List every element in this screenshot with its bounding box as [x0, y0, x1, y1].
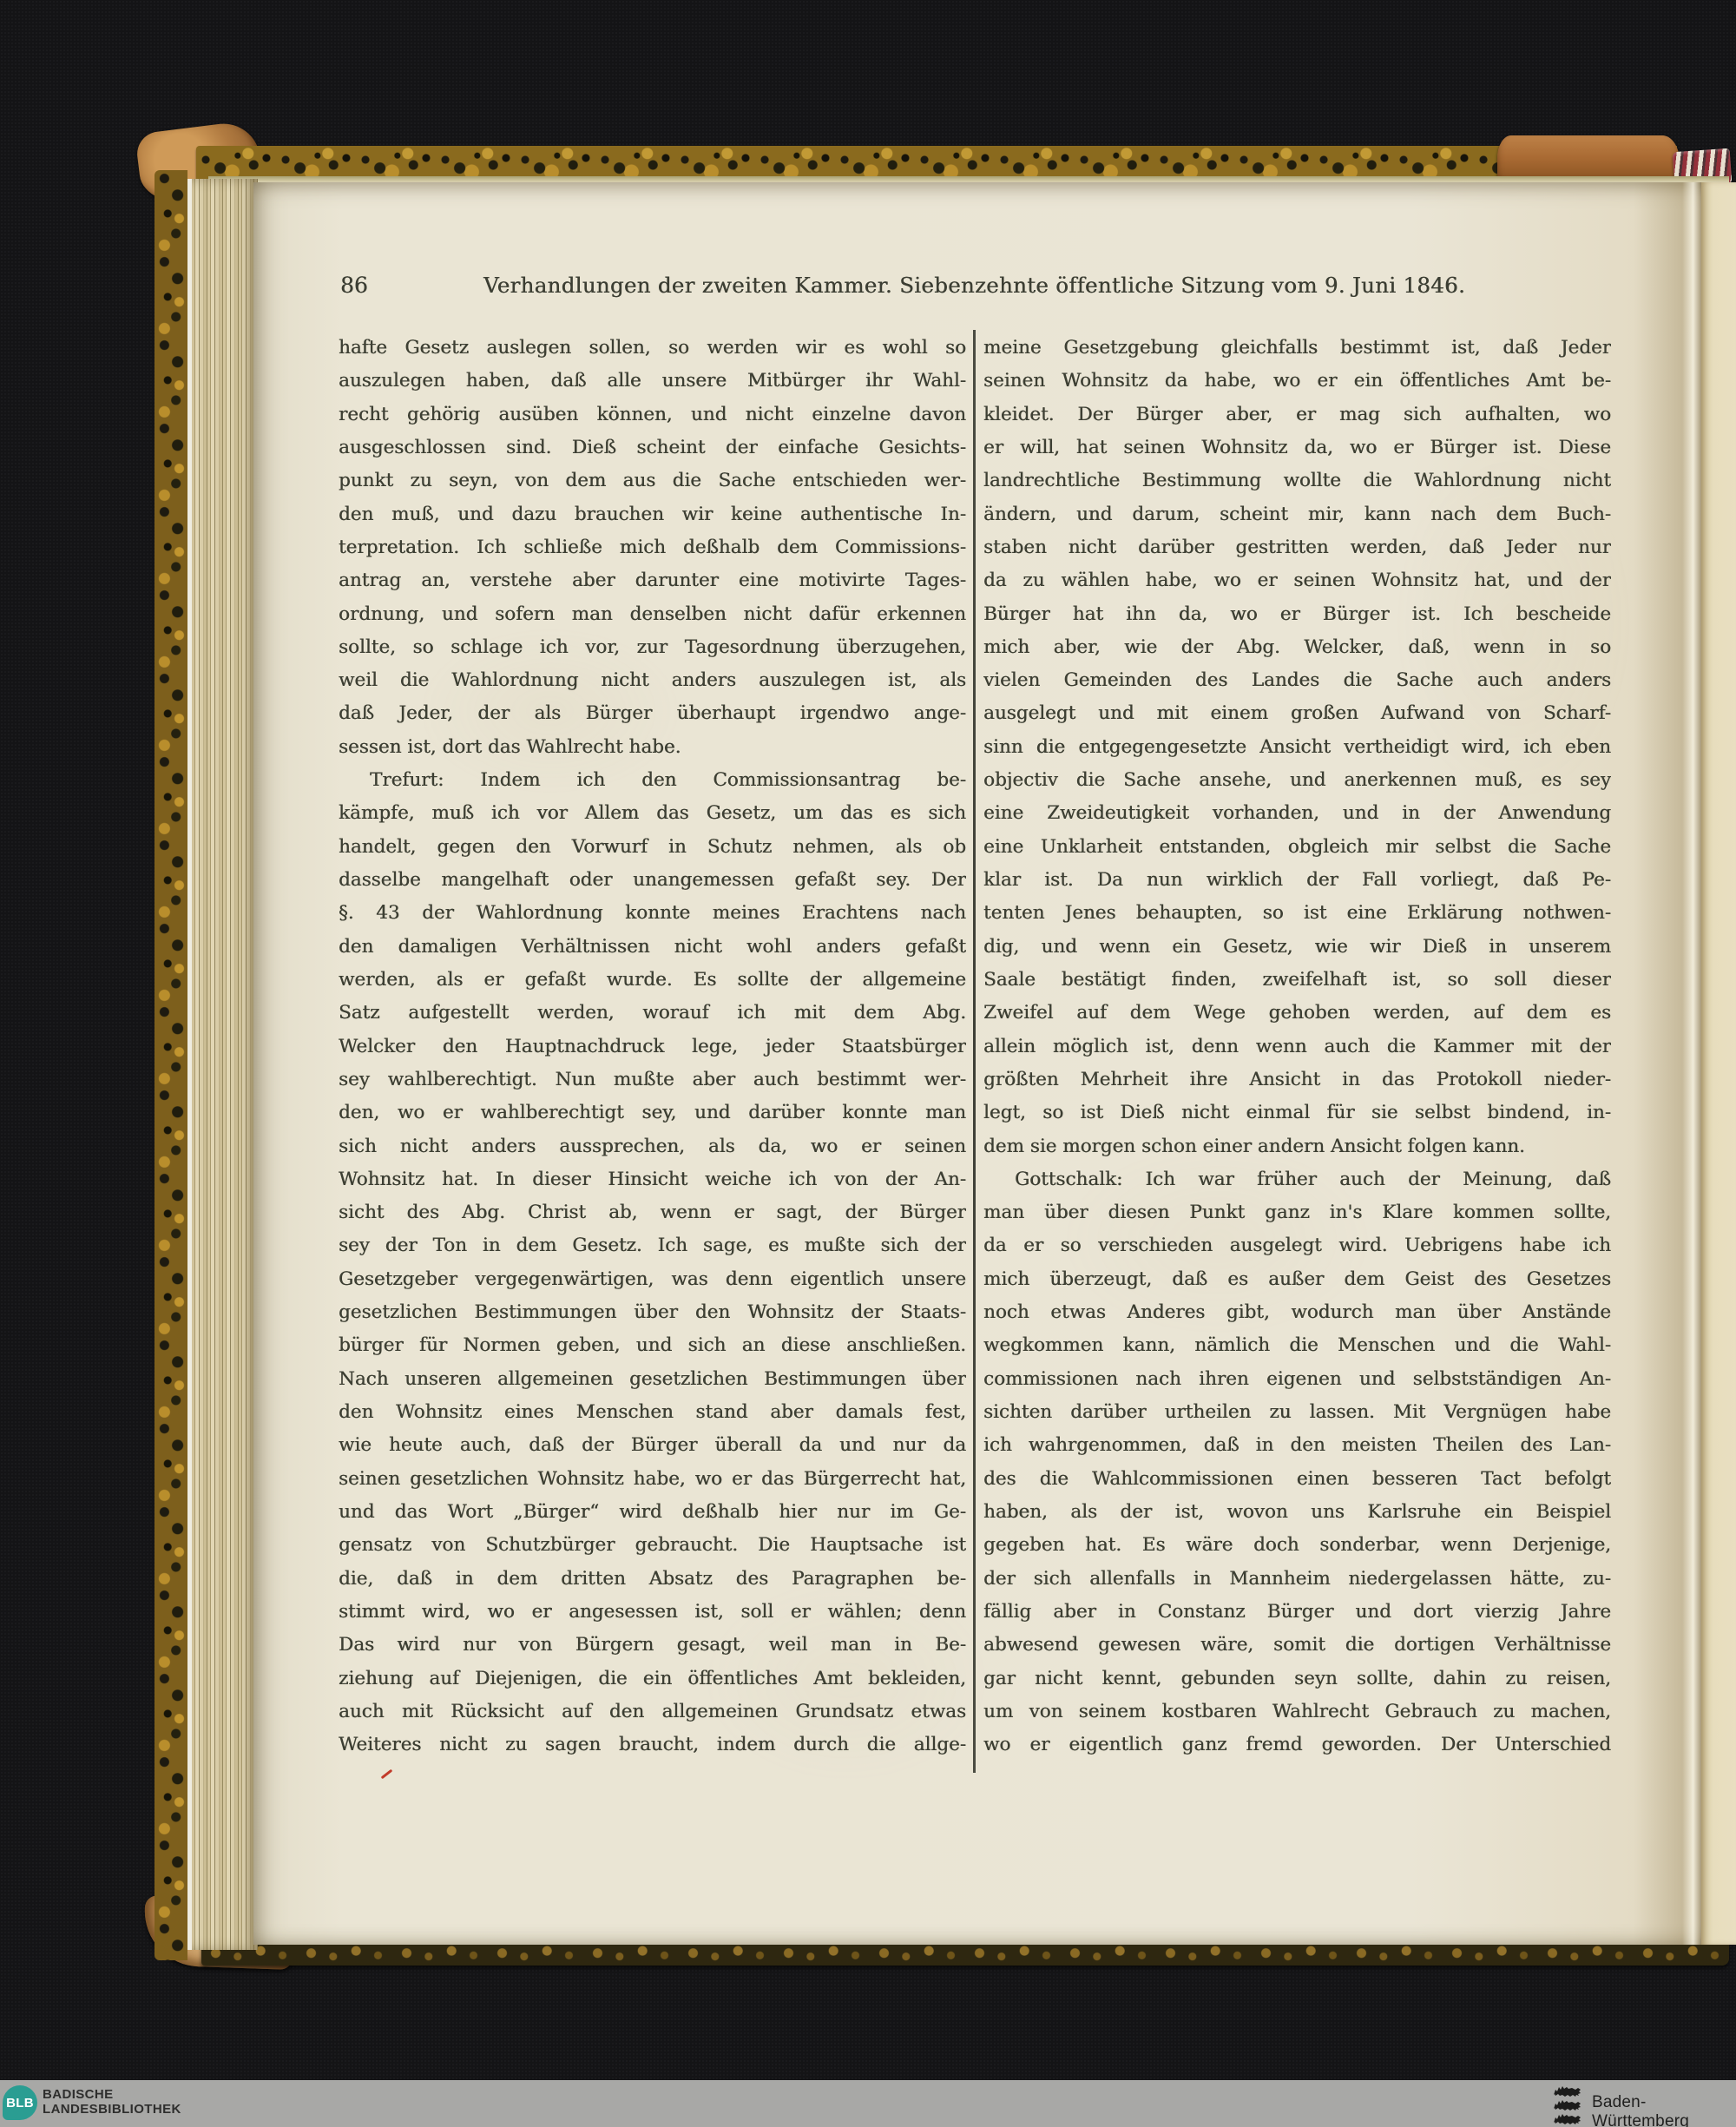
text-line: ändern, und darum, scheint mir, kann nac…: [983, 498, 1611, 531]
text-line: sicht des Abg. Christ ab, wenn er sagt, …: [339, 1196, 966, 1229]
text-line: Gesetzgeber vergegenwärtigen, was denn e…: [339, 1263, 966, 1296]
text-line: gegeben hat. Es wäre doch sonderbar, wen…: [983, 1529, 1611, 1562]
text-line: sichten darüber urtheilen zu lassen. Mit…: [983, 1396, 1611, 1429]
text-line: sessen ist, dort das Wahlrecht habe.: [339, 731, 966, 764]
facing-page-edge: [1701, 182, 1736, 1945]
baden-wuerttemberg-coat-of-arms-icon: [1552, 2084, 1583, 2124]
text-line: meine Gesetzgebung gleichfalls bestimmt …: [983, 332, 1611, 365]
text-line: Welcker den Hauptnachdruck lege, jeder S…: [339, 1031, 966, 1063]
text-line: dig, und wenn ein Gesetz, wie wir Dieß i…: [983, 931, 1611, 964]
text-line: klar ist. Da nun wirklich der Fall vorli…: [983, 864, 1611, 897]
text-line: §. 43 der Wahlordnung konnte meines Erac…: [339, 897, 966, 930]
text-line: bürger für Normen geben, und sich an die…: [339, 1329, 966, 1362]
text-line: mich überzeugt, daß es außer dem Geist d…: [983, 1263, 1611, 1296]
text-line: Das wird nur von Bürgern gesagt, weil ma…: [339, 1629, 966, 1662]
blb-logo-acronym: BLB: [6, 2096, 34, 2111]
text-line: eine Unklarheit entstanden, obgleich mir…: [983, 831, 1611, 864]
text-line: wegkommen kann, nämlich die Menschen und…: [983, 1329, 1611, 1362]
text-line: dasselbe mangelhaft oder unangemessen ge…: [339, 864, 966, 897]
text-line: kleidet. Der Bürger aber, er mag sich au…: [983, 398, 1611, 431]
text-line: sollte, so schlage ich vor, zur Tagesord…: [339, 631, 966, 664]
text-line: des die Wahlcommissionen einen besseren …: [983, 1463, 1611, 1496]
text-line: ich wahrgenommen, daß in den meisten The…: [983, 1429, 1611, 1462]
text-line: fällig aber in Constanz Bürger und dort …: [983, 1596, 1611, 1629]
running-header: Verhandlungen der zweiten Kammer. Sieben…: [339, 273, 1610, 298]
text-line: Zweifel auf dem Wege gehoben werden, auf…: [983, 997, 1611, 1030]
text-line: Gottschalk: Ich war früher auch der Mein…: [983, 1163, 1611, 1196]
text-line: Bürger hat ihn da, wo er Bürger ist. Ich…: [983, 598, 1611, 631]
text-line: antrag an, verstehe aber darunter eine m…: [339, 564, 966, 597]
text-line: eine Zweideutigkeit vorhanden, und in de…: [983, 797, 1611, 830]
book-page: 86 Verhandlungen der zweiten Kammer. Sie…: [253, 182, 1736, 1945]
text-line: seinen Wohnsitz da habe, wo er ein öffen…: [983, 365, 1611, 398]
text-line: stimmt wird, wo er angesessen ist, soll …: [339, 1596, 966, 1629]
text-line: mich aber, wie der Abg. Welcker, daß, we…: [983, 631, 1611, 664]
library-name-line1: BADISCHE: [43, 2087, 181, 2102]
text-line: werden, als er gefaßt wurde. Es sollte d…: [339, 964, 966, 997]
text-line: Trefurt: Indem ich den Commissionsantrag…: [339, 764, 966, 797]
library-name-line2: LANDESBIBLIOTHEK: [43, 2102, 181, 2117]
text-line: haben, als der ist, wovon uns Karlsruhe …: [983, 1496, 1611, 1529]
text-line: Weiteres nicht zu sagen braucht, indem d…: [339, 1729, 966, 1762]
text-line: weil die Wahlordnung nicht anders auszul…: [339, 664, 966, 697]
digitized-book-scan: 86 Verhandlungen der zweiten Kammer. Sie…: [0, 0, 1736, 2127]
text-line: den, wo er wahlberechtigt sey, und darüb…: [339, 1096, 966, 1129]
text-line: größten Mehrheit ihre Ansicht in das Pro…: [983, 1063, 1611, 1096]
gutter-shadow: [1634, 182, 1701, 1945]
text-line: sinn die entgegengesetzte Ansicht verthe…: [983, 731, 1611, 764]
text-line: man über diesen Punkt ganz in's Klare ko…: [983, 1196, 1611, 1229]
text-line: ausgeschlossen sind. Dieß scheint der ei…: [339, 431, 966, 464]
text-line: ordnung, und sofern man denselben nicht …: [339, 598, 966, 631]
red-pen-mark: [381, 1769, 393, 1780]
text-line: punkt zu seyn, von dem aus die Sache ent…: [339, 464, 966, 497]
marbled-top-edge: [196, 146, 1677, 181]
text-line: Satz aufgestellt werden, worauf ich mit …: [339, 997, 966, 1030]
blb-logo: BLB: [3, 2085, 37, 2120]
text-line: ausgelegt und mit einem großen Aufwand v…: [983, 697, 1611, 730]
text-line: terpretation. Ich schließe mich deßhalb …: [339, 531, 966, 564]
text-line: auch mit Rücksicht auf den allgemeinen G…: [339, 1696, 966, 1729]
text-line: Nach unseren allgemeinen gesetzlichen Be…: [339, 1363, 966, 1396]
text-line: seinen gesetzlichen Wohnsitz habe, wo er…: [339, 1463, 966, 1496]
library-name: BADISCHE LANDESBIBLIOTHEK: [43, 2087, 181, 2117]
text-line: er will, hat seinen Wohnsitz da, wo er B…: [983, 431, 1611, 464]
text-line: handelt, gegen den Vorwurf in Schutz neh…: [339, 831, 966, 864]
text-line: kämpfe, muß ich vor Allem das Gesetz, um…: [339, 797, 966, 830]
marbled-bottom-edge: [201, 1943, 1729, 1966]
text-line: gar nicht kennt, gebunden seyn sollte, d…: [983, 1663, 1611, 1696]
text-column-left: hafte Gesetz auslegen sollen, so werden …: [339, 332, 966, 1762]
text-line: den damaligen Verhältnissen nicht wohl a…: [339, 931, 966, 964]
text-line: staben nicht darüber gestritten werden, …: [983, 531, 1611, 564]
text-line: dem sie morgen schon einer andern Ansich…: [983, 1130, 1611, 1163]
state-name: Baden-Württemberg: [1592, 2093, 1736, 2127]
text-line: legt, so ist Dieß nicht einmal für sie s…: [983, 1096, 1611, 1129]
text-line: den Wohnsitz eines Menschen stand aber d…: [339, 1396, 966, 1429]
text-line: gesetzlichen Bestimmungen über den Wohns…: [339, 1296, 966, 1329]
text-line: der sich allenfalls in Mannheim niederge…: [983, 1563, 1611, 1596]
column-divider-rule: [973, 330, 976, 1773]
text-line: landrechtliche Bestimmung wollte die Wah…: [983, 464, 1611, 497]
text-line: objectiv die Sache ansehe, und anerkenne…: [983, 764, 1611, 797]
text-line: den muß, und dazu brauchen wir keine aut…: [339, 498, 966, 531]
text-line: tenten Jenes behaupten, so ist eine Erkl…: [983, 897, 1611, 930]
text-line: allein möglich ist, denn wenn auch die K…: [983, 1031, 1611, 1063]
text-column-right: meine Gesetzgebung gleichfalls bestimmt …: [983, 332, 1611, 1762]
text-line: daß Jeder, der als Bürger überhaupt irge…: [339, 697, 966, 730]
text-line: abwesend gewesen wäre, somit die dortige…: [983, 1629, 1611, 1662]
text-line: noch etwas Anderes gibt, wodurch man übe…: [983, 1296, 1611, 1329]
text-line: ziehung auf Diejenigen, die ein öffentli…: [339, 1663, 966, 1696]
text-line: Saale bestätigt finden, zweifelhaft ist,…: [983, 964, 1611, 997]
marbled-left-edge: [155, 170, 187, 1960]
text-line: hafte Gesetz auslegen sollen, so werden …: [339, 332, 966, 365]
text-line: wie heute auch, daß der Bürger überall d…: [339, 1429, 966, 1462]
text-line: sich nicht anders aussprechen, als da, w…: [339, 1130, 966, 1163]
text-line: recht gehörig ausüben können, und nicht …: [339, 398, 966, 431]
text-line: sey der Ton in dem Gesetz. Ich sage, es …: [339, 1229, 966, 1262]
footer-bar: BLB BADISCHE LANDESBIBLIOTHEK Baden-Würt…: [0, 2080, 1736, 2127]
text-line: da zu wählen habe, wo er seinen Wohnsitz…: [983, 564, 1611, 597]
text-line: um von seinem kostbaren Wahlrecht Gebrau…: [983, 1696, 1611, 1729]
text-line: und das Wort „Bürger“ wird deßhalb hier …: [339, 1496, 966, 1529]
text-line: wo er eigentlich ganz fremd geworden. De…: [983, 1729, 1611, 1762]
page-stack-edges: [187, 179, 258, 1950]
text-line: sey wahlberechtigt. Nun mußte aber auch …: [339, 1063, 966, 1096]
text-line: auszulegen haben, daß alle unsere Mitbür…: [339, 365, 966, 398]
text-line: gensatz von Schutzbürger gebraucht. Die …: [339, 1529, 966, 1562]
text-line: da er so verschieden ausgelegt wird. Ueb…: [983, 1229, 1611, 1262]
text-line: Wohnsitz hat. In dieser Hinsicht weiche …: [339, 1163, 966, 1196]
text-line: vielen Gemeinden des Landes die Sache au…: [983, 664, 1611, 697]
text-line: die, daß in dem dritten Absatz des Parag…: [339, 1563, 966, 1596]
text-line: commissionen nach ihren eigenen und selb…: [983, 1363, 1611, 1396]
